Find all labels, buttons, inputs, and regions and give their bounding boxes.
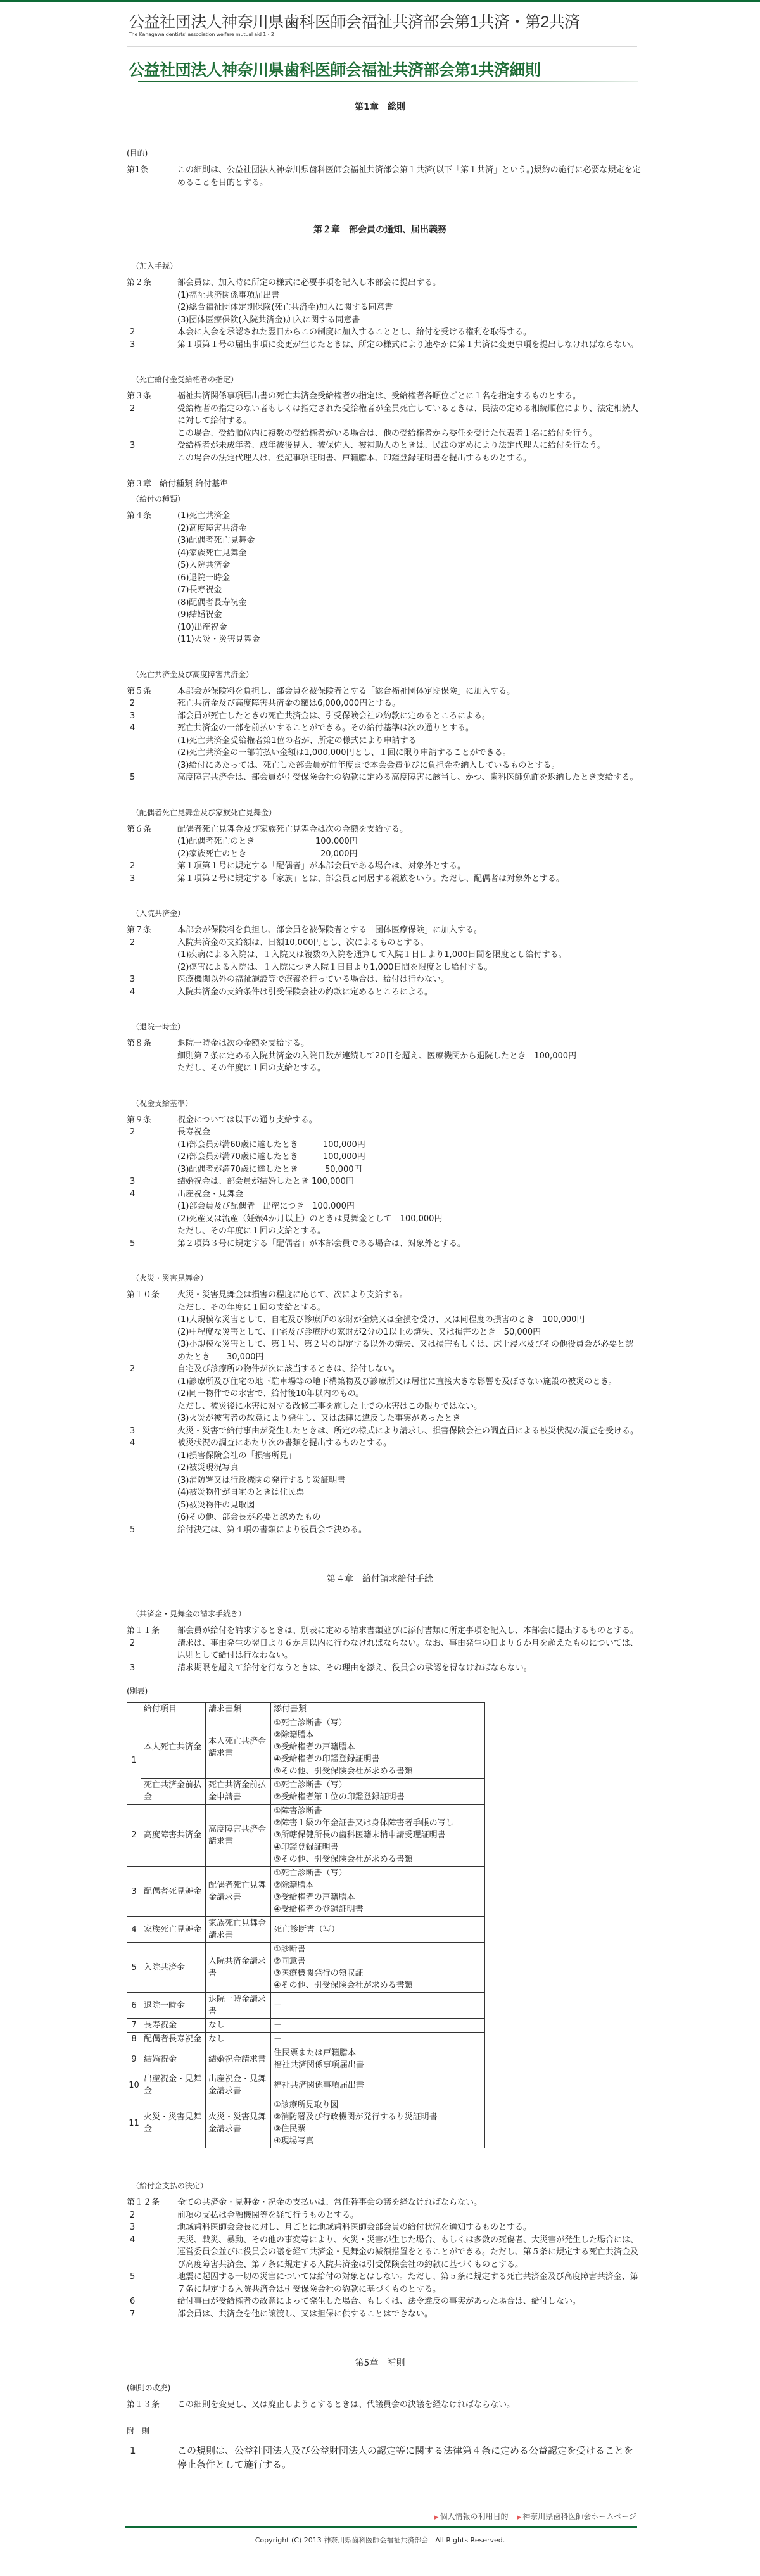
paragraph: 福祉共済関係事項届出書の死亡共済金受給権者の指定は、受給権者各順位ごとに１名を指… (177, 390, 646, 403)
list-item: (5)入院共済金 (177, 559, 641, 572)
list-item: (1)福祉共済関係事項届出書 (177, 289, 641, 302)
benefit-item: 家族死亡見舞金 (141, 1917, 206, 1943)
claim-form: 高度障害共済金請求書 (206, 1805, 271, 1867)
benefit-item: 火災・災害見舞金 (141, 2098, 206, 2148)
claim-form: 出産祝金・見舞金請求書 (206, 2072, 271, 2098)
doc-item: ③住民票 (274, 2123, 482, 2135)
site-footer: ▶個人情報の利用目的 ▶神奈川県歯科医師会ホームページ Copyright (C… (127, 2511, 646, 2576)
attached-docs: ①死亡診断書（写） ②受給権者第１位の印鑑登録証明書 (271, 1779, 485, 1805)
list-item: (1)疾病による入院は、１入院又は複数の入院を通算して入院１日目より1,000日… (177, 949, 641, 961)
table-row: 8 配偶者長寿祝金 なし － (127, 2033, 485, 2046)
chapter-heading: 第３章 給付種類 給付基準 (127, 478, 646, 491)
doc-item: ⑤その他、引受保険会社が求める書類 (274, 1765, 482, 1777)
row-index: 3 (127, 1867, 141, 1917)
footer-divider (125, 2526, 637, 2528)
article-number: 第1条 (127, 164, 177, 189)
triangle-right-icon: ▶ (517, 2515, 521, 2521)
row-index: 4 (127, 1917, 141, 1943)
list-item: ただし、その年度に１回の支給とする。 (177, 1225, 641, 1238)
amount-value: 100,000円 (323, 1140, 365, 1150)
article-number: 第７条 (127, 924, 177, 937)
doc-item: ②除籍謄本 (274, 1879, 482, 1891)
doc-item: ③所轄保健所長の歯科医籍末梢申請受理証明書 (274, 1829, 482, 1841)
article-caption: (目的) (127, 148, 646, 159)
paragraph: 配偶者死亡見舞金及び家族死亡見舞金は次の金額を支給する。 (177, 823, 641, 836)
paragraph: 火災・災害見舞金は損害の程度に応じて、次により支給する。 (177, 1289, 641, 1302)
table-row: 死亡共済金前払金 死亡共済金前払金申請書 ①死亡診断書（写） ②受給権者第１位の… (127, 1779, 485, 1805)
paragraph: 前項の支払は金融機関等を経て行うものとする。 (177, 2209, 646, 2222)
doc-item: ④受給権者の印鑑登録証明書 (274, 1753, 482, 1765)
link-label: 個人情報の利用目的 (440, 2512, 508, 2521)
article-6: （配偶者死亡見舞金及び家族死亡見舞金） 第６条 配偶者死亡見舞金及び家族死亡見舞… (127, 807, 646, 885)
paragraph: 長寿祝金 (177, 1126, 641, 1139)
doc-item: ①診断書 (274, 1943, 482, 1955)
paragraph: 給付決定は、第４項の書類により役員会で決める。 (177, 1524, 646, 1537)
page-title: 公益社団法人神奈川県歯科医師会福祉共済部会第1共済細則 (127, 60, 646, 81)
list-item: (3)団体医療保険(入院共済金)加入に関する同意書 (177, 314, 641, 327)
attached-docs: 死亡診断書（写） (271, 1917, 485, 1943)
claim-form: 配偶者死亡見舞金請求書 (206, 1867, 271, 1917)
site-title[interactable]: 公益社団法人神奈川県歯科医師会福祉共済部会第1共済・第2共済 (129, 13, 646, 32)
article-number: 第３条 (127, 390, 177, 403)
article-caption: （祝金支給基準） (127, 1098, 646, 1109)
table-row: 3 配偶者死見舞金 配偶者死亡見舞金請求書 ①死亡診断書（写） ②除籍謄本 ③受… (127, 1867, 485, 1917)
paragraph-number: 4 (127, 2234, 177, 2271)
claim-form: 火災・災害見舞金請求書 (206, 2098, 271, 2148)
row-index: 11 (127, 2098, 141, 2148)
benefit-item: 高度障害共済金 (141, 1805, 206, 1867)
paragraph: 部会員が死亡したときの死亡共済金は、引受保険会社の約款に定めるところによる。 (177, 710, 646, 723)
list-item: (5)被災物件の見取図 (177, 1499, 641, 1512)
association-homepage-link[interactable]: ▶神奈川県歯科医師会ホームページ (517, 2512, 636, 2521)
article-5: （死亡共済金及び高度障害共済金） 第５条 本部会が保険料を負担し、部会員を被保険… (127, 669, 646, 784)
paragraph: 入院共済金の支給額は、日額10,000円とし、次によるものとする。 (177, 937, 641, 949)
paragraph-number: 5 (127, 771, 177, 784)
row-index: 2 (127, 1805, 141, 1867)
paragraph: この規則は、公益社団法人及び公益財団法人の認定等に関する法律第４条に定める公益認… (177, 2444, 646, 2471)
table-row: 7 長寿祝金 なし － (127, 2019, 485, 2033)
benefit-item: 結婚祝金 (141, 2046, 206, 2072)
list-item: (2)傷害による入院は、１入院につき入院１日目より1,000日間を限度とし給付す… (177, 961, 641, 974)
column-header: 給付項目 (141, 1703, 206, 1716)
benefit-item: 入院共済金 (141, 1943, 206, 1993)
table-row: 9 結婚祝金 結婚祝金請求書 住民票または戸籍謄本 福祉共済関係事項届出書 (127, 2046, 485, 2072)
doc-item: ⑤その他、引受保険会社が求める書類 (274, 1853, 482, 1865)
doc-item: ①死亡診断書（写） (274, 1717, 482, 1729)
appendix-table-section: (別表) 給付項目 請求書類 添付書類 1 本人死亡共済金 本人死亡共済金請求書 (127, 1685, 646, 2148)
claim-form: 本人死亡共済金請求書 (206, 1716, 271, 1779)
list-item: (1)死亡共済金受給権者第1位の者が、所定の様式により申請する (177, 735, 641, 747)
paragraph-number: 2 (127, 326, 177, 339)
list-item: (2)高度障害共済金 (177, 523, 641, 535)
table-row: 11 火災・災害見舞金 火災・災害見舞金請求書 ①診療所見取り図 ②消防署及び行… (127, 2098, 485, 2148)
paragraph: 退院一時金は次の金額を支給する。 (177, 1037, 641, 1050)
paragraph-number: 4 (127, 1437, 177, 1524)
doc-item: ②受給権者第１位の印鑑登録証明書 (274, 1791, 482, 1803)
list-item: (3)給付にあたっては、死亡した部会員が前年度まで本会会費並びに負担金を納入して… (177, 759, 641, 772)
attached-docs: 福祉共済関係事項届出書 (271, 2072, 485, 2098)
paragraph: この場合の法定代理人は、登記事項証明書、戸籍謄本、印鑑登録証明書を提出するものと… (177, 452, 641, 465)
table-row: 2 高度障害共済金 高度障害共済金請求書 ①障害診断書 ②障害１級の年金証書又は… (127, 1805, 485, 1867)
benefit-item: 本人死亡共済金 (141, 1716, 206, 1779)
article-number: 第４条 (127, 510, 177, 646)
paragraph: この場合、受給順位内に複数の受給権者がいる場合は、他の受給権者から委任を受けた代… (177, 428, 641, 440)
claim-form: 入院共済金請求書 (206, 1943, 271, 1993)
chapter-4: 第４章 給付請求給付手続 （共済金・見舞金の請求手続き） 第１１条 部会員が給付… (127, 1573, 646, 2320)
list-item: (2)中程度な災害として、自宅及び診療所の家財が2分の1以上の焼失、又は損害のと… (177, 1326, 641, 1339)
amount-label: (3)配偶者が満70歳に達したとき (177, 1164, 325, 1176)
chapter-1: 第1章 総則 (目的) 第1条 この細則は、公益社団法人神奈川県歯科医師会福祉共… (127, 101, 646, 189)
doc-item: 住民票または戸籍謄本 (274, 2047, 482, 2059)
list-item: (3)小規模な災害として、第１号、第２号の規定する以外の焼失、又は損害もしくは、… (177, 1338, 641, 1363)
claim-form: なし (206, 2019, 271, 2033)
table-row: 10 出産祝金・見舞金 出産祝金・見舞金請求書 福祉共済関係事項届出書 (127, 2072, 485, 2098)
list-item: (2)被災現況写真 (177, 1462, 641, 1475)
article-caption: （加入手続） (127, 260, 646, 272)
paragraph: 第１項第１号の届出事項に変更が生じたときは、所定の様式により速やかに第１共済に変… (177, 339, 646, 352)
list-item: (6)退院一時金 (177, 572, 641, 585)
list-item: (9)結婚祝金 (177, 609, 641, 621)
paragraph-number: 3 (127, 710, 177, 723)
attached-docs: － (271, 1993, 485, 2019)
triangle-right-icon: ▶ (434, 2515, 439, 2521)
paragraph-number: 3 (127, 1176, 177, 1188)
attached-docs: － (271, 2019, 485, 2033)
article-2: （加入手続） 第２条 部会員は、加入時に所定の様式に必要事項を記入し本部会に提出… (127, 260, 646, 351)
doc-item: 死亡診断書（写） (274, 1924, 482, 1936)
claim-form: 家族死亡見舞金請求書 (206, 1917, 271, 1943)
paragraph-number: 3 (127, 339, 177, 352)
claim-form: 結婚祝金請求書 (206, 2046, 271, 2072)
attached-docs: ①死亡診断書（写） ②除籍謄本 ③受給権者の戸籍謄本 ④受給権者の印鑑登録証明書… (271, 1716, 485, 1779)
paragraph-number: 2 (127, 697, 177, 710)
article-number: 第２条 (127, 277, 177, 326)
paragraph: 地域歯科医師会会長に対し、月ごとに地域歯科医師会部会員の給付状況を通知するものと… (177, 2221, 646, 2234)
article-caption: （共済金・見舞金の請求手続き） (127, 1608, 646, 1620)
article-12: （給付金支払の決定） 第１２条 全ての共済金・見舞金・祝金の支払いは、常任幹事会… (127, 2180, 646, 2320)
article-4: （給付の種類） 第４条 (1)死亡共済金 (2)高度障害共済金 (3)配偶者死亡… (127, 493, 646, 646)
paragraph: この細則を変更し、又は廃止しようとするときは、代議員会の決議を経なければならない… (177, 2399, 646, 2411)
amount-value: 50,000円 (325, 1165, 362, 1174)
paragraph-number: 2 (127, 1126, 177, 1176)
article-number: 第６条 (127, 823, 177, 861)
article-1: (目的) 第1条 この細則は、公益社団法人神奈川県歯科医師会福祉共済部会第１共済… (127, 148, 646, 189)
doc-item: ①死亡診断書（写） (274, 1867, 482, 1879)
list-item: (2)死亡共済金の一部前払い金額は1,000,000円とし、１回に限り申請するこ… (177, 747, 641, 759)
article-number: 第１１条 (127, 1625, 177, 1637)
article-13: (細則の改廃) 第１３条 この細則を変更し、又は廃止しようとするときは、代議員会… (127, 2382, 646, 2411)
claim-form: 退院一時金請求書 (206, 1993, 271, 2019)
attached-docs: ①障害診断書 ②障害１級の年金証書又は身体障害者手帳の写し ③所轄保健所長の歯科… (271, 1805, 485, 1867)
paragraph: 給付事由が受給権者の故意によって発生した場合、もしくは、法令違反の事実があった場… (177, 2295, 646, 2308)
paragraph: 医療機関以外の福祉施設等で療養を行っている場合は、給付は行わない。 (177, 974, 646, 986)
list-item: ただし、その年度に１回の支給とする。 (177, 1302, 641, 1314)
doc-item: 福祉共済関係事項届出書 (274, 2059, 482, 2071)
list-item: (1)死亡共済金 (177, 510, 641, 523)
paragraph: 火災・災害で給付事由が発生したときは、所定の様式により請求し、損害保険会社の調査… (177, 1425, 646, 1438)
doc-item: ④印鑑登録証明書 (274, 1841, 482, 1853)
table-caption: (別表) (127, 1685, 646, 1697)
supplementary-provisions: 附 則 1 この規則は、公益社団法人及び公益財団法人の認定等に関する法律第４条に… (127, 2425, 646, 2472)
paragraph: 第１項第２号に規定する「家族」とは、部会員と同居する親族をいう。ただし、配偶者は… (177, 873, 646, 885)
list-item: (2)同一物件での水害で、給付後10年以内のもの。 (177, 1388, 641, 1400)
article-number: 第１３条 (127, 2399, 177, 2411)
list-item: (1)診療所及び住宅の地下駐車場等の地下構築物及び診療所又は居住に直接大きな影響… (177, 1376, 641, 1388)
list-item: (7)長寿祝金 (177, 584, 641, 597)
list-item: (10)出産祝金 (177, 621, 641, 634)
doc-item: ④受給権者の登録証明書 (274, 1903, 482, 1915)
paragraph: 死亡共済金の一部を前払いすることができる。その給付基準は次の通りとする。 (177, 722, 641, 735)
row-index: 8 (127, 2033, 141, 2046)
list-item: (6)その他、部会長が必要と認めたもの (177, 1511, 641, 1524)
paragraph: 部会員は、加入時に所定の様式に必要事項を記入し本部会に提出する。 (177, 277, 641, 289)
row-index: 6 (127, 1993, 141, 2019)
paragraph-number: 3 (127, 1662, 177, 1675)
attached-docs: ①診療所見取り図 ②消防署及び行政機関が発行するり災証明書 ③住民票 ④現場写真 (271, 2098, 485, 2148)
article-3: （死亡給付金受給権者の指定） 第３条 福祉共済関係事項届出書の死亡共済金受給権者… (127, 374, 646, 464)
site-subtitle: The Kanagawa dentists' association welfa… (129, 32, 646, 38)
chapter-heading: 第5章 補則 (127, 2357, 633, 2370)
doc-item: ③医療機関発行の領収証 (274, 1967, 482, 1979)
article-caption: （給付の種類） (127, 493, 646, 505)
paragraph: 天災、戦災、暴動、その他の事変等により、火災・災害が生じた場合、もしくは多数の死… (177, 2234, 646, 2271)
paragraph-number: 2 (127, 2209, 177, 2222)
paragraph-number: 3 (127, 440, 177, 464)
paragraph-number: 7 (127, 2308, 177, 2321)
chapter-5: 第5章 補則 (細則の改廃) 第１３条 この細則を変更し、又は廃止しようとすると… (127, 2357, 646, 2471)
paragraph-number: 5 (127, 2271, 177, 2295)
benefit-item: 死亡共済金前払金 (141, 1779, 206, 1805)
article-caption: （火災・災害見舞金） (127, 1272, 646, 1284)
paragraph: 自宅及び診療所の物件が次に該当するときは、給付しない。 (177, 1363, 641, 1376)
paragraph-number: 3 (127, 873, 177, 885)
article-caption: （死亡共済金及び高度障害共済金） (127, 669, 646, 680)
paragraph: 入院共済金の支給条件は引受保険会社の約款に定めるところによる。 (177, 986, 646, 999)
paragraph: 受給権者の指定のない者もしくは指定された受給権者が全員死亡しているときは、民法の… (177, 403, 641, 428)
doc-item: ②障害１級の年金証書又は身体障害者手帳の写し (274, 1817, 482, 1829)
paragraph-number: 1 (127, 2444, 177, 2471)
paragraph-number: 4 (127, 722, 177, 771)
chapter-heading: 第1章 総則 (127, 101, 633, 113)
chapter-heading: 第２章 部会員の通知、届出義務 (127, 224, 633, 236)
paragraph: 被災状況の調査にあたり次の書類を提出するものとする。 (177, 1437, 641, 1450)
list-item: (3)火災が被害者の故意により発生し、又は法律に違反した事実があったとき (177, 1412, 641, 1425)
paragraph: 本部会が保険料を負担し、部会員を被保険者とする「総合福祉団体定期保険」に加入する… (177, 685, 646, 698)
list-item: (4)家族死亡見舞金 (177, 547, 641, 560)
table-header-row: 給付項目 請求書類 添付書類 (127, 1703, 485, 1716)
paragraph-number: 2 (127, 403, 177, 440)
article-number: 第５条 (127, 685, 177, 698)
article-number: 第１０条 (127, 1289, 177, 1363)
attached-docs: 住民票または戸籍謄本 福祉共済関係事項届出書 (271, 2046, 485, 2072)
attached-docs: － (271, 2033, 485, 2046)
paragraph: 全ての共済金・見舞金・祝金の支払いは、常任幹事会の議を経なければならない。 (177, 2197, 646, 2209)
article-caption: （入院共済金） (127, 908, 646, 919)
paragraph-number: 2 (127, 1637, 177, 1662)
amount-label: (2)家族死亡のとき (177, 848, 320, 861)
paragraph: 請求期限を超えて給付を行なうときは、その理由を添え、役員会の承認を得なければなら… (177, 1662, 646, 1675)
paragraph-number: 2 (127, 1363, 177, 1425)
benefit-item: 配偶者長寿祝金 (141, 2033, 206, 2046)
article-10: （火災・災害見舞金） 第１０条 火災・災害見舞金は損害の程度に応じて、次により支… (127, 1272, 646, 1536)
article-caption: （死亡給付金受給権者の指定） (127, 374, 646, 385)
table-row: 5 入院共済金 入院共済金請求書 ①診断書 ②同意書 ③医療機関発行の領収証 ④… (127, 1943, 485, 1993)
paragraph: 地震に起因する一切の災害については給付の対象とはしない。ただし、第５条に規定する… (177, 2271, 646, 2295)
list-item: (2)総合福祉団体定期保険(死亡共済金)加入に関する同意書 (177, 301, 641, 314)
list-item: (3)消防署又は行政機関の発行するり災証明書 (177, 1475, 641, 1487)
paragraph-number: 5 (127, 1238, 177, 1250)
claim-form: なし (206, 2033, 271, 2046)
paragraph: 出産祝金・見舞金 (177, 1188, 641, 1201)
paragraph: 本会に入会を承認された翌日からこの制度に加入することとし、給付を受ける権利を取得… (177, 326, 646, 339)
row-index: 1 (127, 1716, 141, 1805)
row-index: 5 (127, 1943, 141, 1993)
article-caption: （配偶者死亡見舞金及び家族死亡見舞金） (127, 807, 646, 818)
list-item: (8)配偶者長寿祝金 (177, 597, 641, 609)
amount-value: 20,000円 (320, 849, 358, 859)
paragraph: 高度障害共済金は、部会員が引受保険会社の約款に定める高度障害に該当し、かつ、歯科… (177, 771, 646, 784)
article-caption: （退院一時金） (127, 1021, 646, 1032)
paragraph: 部会員は、共済金を他に譲渡し、又は担保に供することはできない。 (177, 2308, 646, 2321)
benefit-item: 退院一時金 (141, 1993, 206, 2019)
list-item: (2)死産又は流産（妊娠4か月以上）のときは見舞金として 100,000円 (177, 1213, 641, 1226)
table-row: 1 本人死亡共済金 本人死亡共済金請求書 ①死亡診断書（写） ②除籍謄本 ③受給… (127, 1716, 485, 1779)
doc-item: ④現場写真 (274, 2135, 482, 2147)
paragraph: 第１項第１号に規定する「配偶者」が本部会員である場合は、対象外とする。 (177, 860, 646, 873)
paragraph-number: 6 (127, 2295, 177, 2308)
list-item: (3)配偶者死亡見舞金 (177, 535, 641, 547)
paragraph-number: 3 (127, 974, 177, 986)
column-header (127, 1703, 141, 1716)
chapter-3: 第３章 給付種類 給付基準 （給付の種類） 第４条 (1)死亡共済金 (2)高度… (127, 478, 646, 1536)
article-9: （祝金支給基準） 第９条 祝金については以下の通り支給する。 2 長寿祝金 (1… (127, 1098, 646, 1250)
paragraph: 死亡共済金及び高度障害共済金の額は6,000,000円とする。 (177, 697, 646, 710)
list-item: (1)部会員及び配偶者一出産につき 100,000円 (177, 1200, 641, 1213)
header-divider (127, 46, 637, 47)
paragraph-number: 3 (127, 1425, 177, 1438)
paragraph: 第２項第３号に規定する「配偶者」が本部会員である場合は、対象外とする。 (177, 1238, 646, 1250)
doc-item: ②同意書 (274, 1955, 482, 1967)
column-header: 添付書類 (271, 1703, 485, 1716)
doc-item: ④その他、引受保険会社が求める書類 (274, 1979, 482, 1991)
attached-docs: ①診断書 ②同意書 ③医療機関発行の領収証 ④その他、引受保険会社が求める書類 (271, 1943, 485, 1993)
privacy-link[interactable]: ▶個人情報の利用目的 (434, 2512, 509, 2521)
paragraph-number: 4 (127, 1188, 177, 1238)
paragraph-number: 2 (127, 860, 177, 873)
article-8: （退院一時金） 第８条 退院一時金は次の金額を支給する。 細則第７条に定める入院… (127, 1021, 646, 1075)
doc-item: ③受給権者の戸籍謄本 (274, 1891, 482, 1903)
amount-label: (1)配偶者死亡のとき (177, 835, 315, 848)
paragraph: 請求は、事由発生の翌日より６か月以内に行わなければならない。なお、事由発生の日よ… (177, 1637, 646, 1662)
copyright: Copyright (C) 2013 神奈川県歯科医師会福祉共済部会 All R… (127, 2535, 633, 2576)
benefit-item: 長寿祝金 (141, 2019, 206, 2033)
doc-item: ②除籍謄本 (274, 1729, 482, 1741)
row-index: 10 (127, 2072, 141, 2098)
row-index: 7 (127, 2019, 141, 2033)
amount-label: (2)部会員が満70歳に達したとき (177, 1151, 323, 1164)
doc-item: ②消防署及び行政機関が発行するり災証明書 (274, 2111, 482, 2123)
paragraph: 受給権者が未成年者、成年被後見人、被保佐人、被補助人のときは、民法の定めにより法… (177, 440, 641, 452)
benefit-documents-table: 給付項目 請求書類 添付書類 1 本人死亡共済金 本人死亡共済金請求書 ①死亡診… (127, 1702, 485, 2148)
list-item: (11)火災・災害見舞金 (177, 633, 641, 646)
article-number: 第９条 (127, 1114, 177, 1127)
title-underline (138, 81, 638, 82)
list-item: ただし、被災後に水害に対する改修工事を施した上での水害はこの限りではない。 (177, 1400, 641, 1413)
article-7: （入院共済金） 第７条 本部会が保険料を負担し、部会員を被保険者とする「団体医療… (127, 908, 646, 998)
doc-item: ①診療所見取り図 (274, 2099, 482, 2111)
supplementary-title: 附 則 (127, 2425, 646, 2438)
paragraph-number: 4 (127, 986, 177, 999)
article-11: （共済金・見舞金の請求手続き） 第１１条 部会員が給付を請求するときは、別表に定… (127, 1608, 646, 1674)
row-index: 9 (127, 2046, 141, 2072)
paragraph: 結婚祝金は、部会員が結婚したとき 100,000円 (177, 1176, 646, 1188)
footer-links: ▶個人情報の利用目的 ▶神奈川県歯科医師会ホームページ (127, 2511, 646, 2523)
paragraph-number: 2 (127, 937, 177, 974)
page-container: 公益社団法人神奈川県歯科医師会福祉共済部会第1共済・第2共済 The Kanag… (127, 2, 646, 2576)
article-number: 第１２条 (127, 2197, 177, 2209)
paragraph: ただし、その年度に１回の支給とする。 (177, 1062, 641, 1075)
paragraph: 部会員が給付を請求するときは、別表に定める請求書類並びに添付書類に所定事項を記入… (177, 1625, 646, 1637)
chapter-heading: 第４章 給付請求給付手続 (127, 1573, 633, 1585)
list-item: (1)大規模な災害として、自宅及び診療所の家財が全焼又は全損を受け、又は同程度の… (177, 1314, 641, 1326)
amount-value: 100,000円 (323, 1152, 365, 1162)
column-header: 請求書類 (206, 1703, 271, 1716)
paragraph: 細則第７条に定める入院共済金の入院日数が連続して20日を超え、医療機関から退院し… (177, 1050, 641, 1063)
paragraph: 祝金については以下の通り支給する。 (177, 1114, 646, 1127)
site-header: 公益社団法人神奈川県歯科医師会福祉共済部会第1共済・第2共済 The Kanag… (127, 2, 646, 47)
chapter-2: 第２章 部会員の通知、届出義務 （加入手続） 第２条 部会員は、加入時に所定の様… (127, 224, 646, 464)
attached-docs: ①死亡診断書（写） ②除籍謄本 ③受給権者の戸籍謄本 ④受給権者の登録証明書 (271, 1867, 485, 1917)
table-row: 6 退院一時金 退院一時金請求書 － (127, 1993, 485, 2019)
amount-value: 100,000円 (315, 837, 358, 846)
article-caption: （給付金支払の決定） (127, 2180, 646, 2192)
doc-item: ①障害診断書 (274, 1805, 482, 1817)
paragraph-number: 5 (127, 1524, 177, 1537)
article-caption: (細則の改廃) (127, 2382, 646, 2394)
paragraph: 本部会が保険料を負担し、部会員を被保険者とする「団体医療保険」に加入する。 (177, 924, 646, 937)
article-text: この細則は、公益社団法人神奈川県歯科医師会福祉共済部会第１共済(以下「第１共済」… (177, 164, 646, 189)
table-row: 4 家族死亡見舞金 家族死亡見舞金請求書 死亡診断書（写） (127, 1917, 485, 1943)
list-item: (4)被災物件が自宅のときは住民票 (177, 1487, 641, 1499)
doc-item: ③受給権者の戸籍謄本 (274, 1741, 482, 1753)
benefit-item: 出産祝金・見舞金 (141, 2072, 206, 2098)
paragraph-number: 3 (127, 2221, 177, 2234)
benefit-item: 配偶者死見舞金 (141, 1867, 206, 1917)
article-number: 第８条 (127, 1037, 177, 1075)
list-item: (1)損害保険会社の「損害所見」 (177, 1450, 641, 1462)
doc-item: ①死亡診断書（写） (274, 1779, 482, 1791)
claim-form: 死亡共済金前払金申請書 (206, 1779, 271, 1805)
amount-label: (1)部会員が満60歳に達したとき (177, 1139, 323, 1152)
link-label: 神奈川県歯科医師会ホームページ (522, 2512, 636, 2521)
